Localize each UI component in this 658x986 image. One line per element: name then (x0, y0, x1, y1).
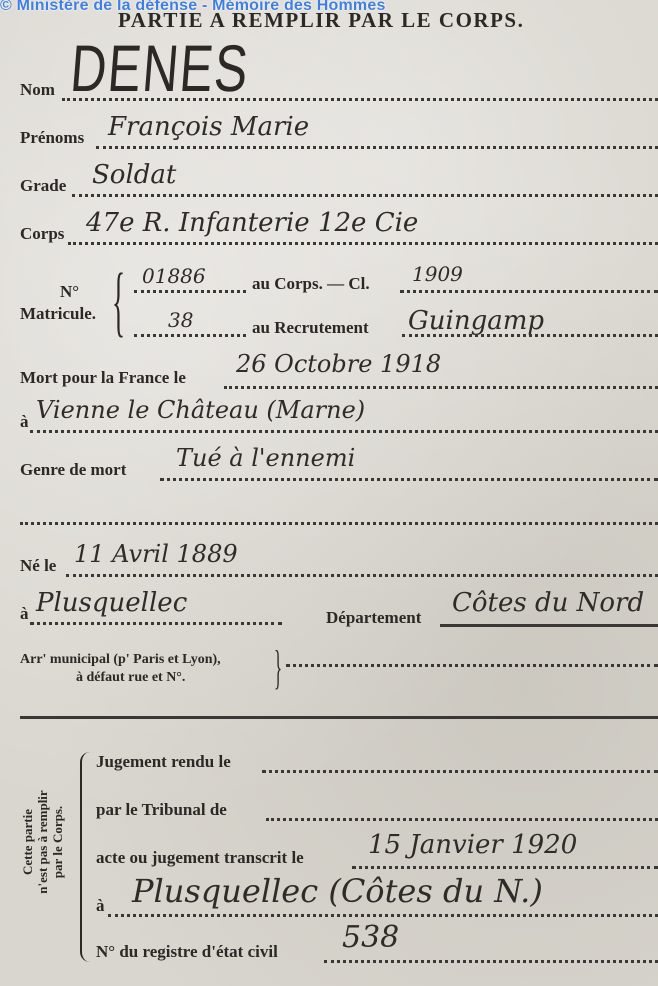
nom-label: Nom (20, 80, 55, 100)
mort-label: Mort pour la France le (20, 368, 186, 388)
matricule-brace: { (112, 262, 125, 340)
nom-value: DENES (68, 30, 252, 106)
transcrit-line (352, 866, 658, 869)
section-divider-2 (20, 716, 658, 719)
registre-label: N° du registre d'état civil (96, 942, 278, 962)
arrondissement-line (286, 664, 658, 667)
transcrit-lieu-label: à (96, 896, 105, 916)
matricule-recrutement-line (134, 334, 246, 337)
classe-line (400, 290, 658, 293)
civil-side-note-line3: par le Corps. (50, 762, 65, 922)
departement-label: Département (326, 608, 421, 628)
matricule-label-1: N° (60, 282, 79, 302)
prenoms-label: Prénoms (20, 128, 84, 148)
classe-value: 1909 (412, 262, 463, 286)
grade-value: Soldat (92, 160, 176, 190)
ne-label: Né le (20, 556, 56, 576)
matricule-recrutement-value: 38 (168, 308, 193, 332)
tribunal-line (266, 818, 658, 821)
ne-lieu-value: Plusquellec (36, 588, 187, 618)
ne-line (66, 574, 658, 577)
civil-side-note-line2: n'est pas à remplir (35, 762, 50, 922)
section-divider-1 (20, 522, 658, 525)
copyright-watermark: © Ministère de la défense - Mémoire des … (0, 0, 386, 15)
registre-value: 538 (342, 920, 399, 955)
genre-mort-label: Genre de mort (20, 460, 126, 480)
mort-line (224, 386, 658, 389)
mort-lieu-line (30, 430, 658, 433)
recrutement-place-value: Guingamp (408, 306, 544, 336)
corps-label: Corps (20, 224, 64, 244)
corps-value: 47e R. Infanterie 12e Cie (86, 208, 418, 238)
matricule-corps-label: au Corps. — Cl. (252, 274, 370, 294)
corps-line (68, 242, 658, 245)
transcrit-lieu-line (108, 914, 658, 917)
prenoms-line (96, 146, 658, 149)
departement-value: Côtes du Nord (452, 588, 644, 618)
transcrit-lieu-value: Plusquellec (Côtes du N.) (132, 872, 543, 910)
mort-date-value: 26 Octobre 1918 (236, 350, 441, 378)
transcrit-date-value: 15 Janvier 1920 (368, 830, 577, 860)
ne-lieu-line (30, 622, 282, 625)
matricule-corps-value: 01886 (142, 264, 206, 288)
matricule-corps-line (134, 290, 246, 293)
grade-line (72, 194, 658, 197)
recrutement-line (402, 334, 658, 337)
mort-lieu-label: à (20, 412, 29, 432)
jugement-line (262, 770, 658, 773)
civil-bracket (80, 752, 92, 962)
ne-lieu-label: à (20, 604, 29, 624)
civil-side-note: Cette partie n'est pas à remplir par le … (20, 762, 65, 922)
departement-line (440, 624, 658, 627)
transcrit-label: acte ou jugement transcrit le (96, 848, 304, 868)
civil-side-note-line1: Cette partie (20, 762, 35, 922)
grade-label: Grade (20, 176, 66, 196)
matricule-label-2: Matricule. (20, 304, 96, 324)
jugement-label: Jugement rendu le (96, 752, 231, 772)
ne-date-value: 11 Avril 1889 (74, 540, 238, 568)
tribunal-label: par le Tribunal de (96, 800, 227, 820)
registre-line (324, 960, 658, 963)
mort-lieu-value: Vienne le Château (Marne) (36, 396, 365, 424)
prenoms-value: François Marie (108, 112, 309, 142)
genre-mort-value: Tué à l'ennemi (176, 444, 355, 472)
recrutement-label: au Recrutement (252, 318, 369, 338)
genre-mort-line (160, 478, 658, 481)
arrondissement-label-2: à défaut rue et N°. (76, 670, 185, 686)
arrondissement-brace: } (274, 644, 282, 692)
nom-line (62, 98, 658, 101)
arrondissement-label-1: Arr' municipal (p' Paris et Lyon), (20, 652, 221, 668)
